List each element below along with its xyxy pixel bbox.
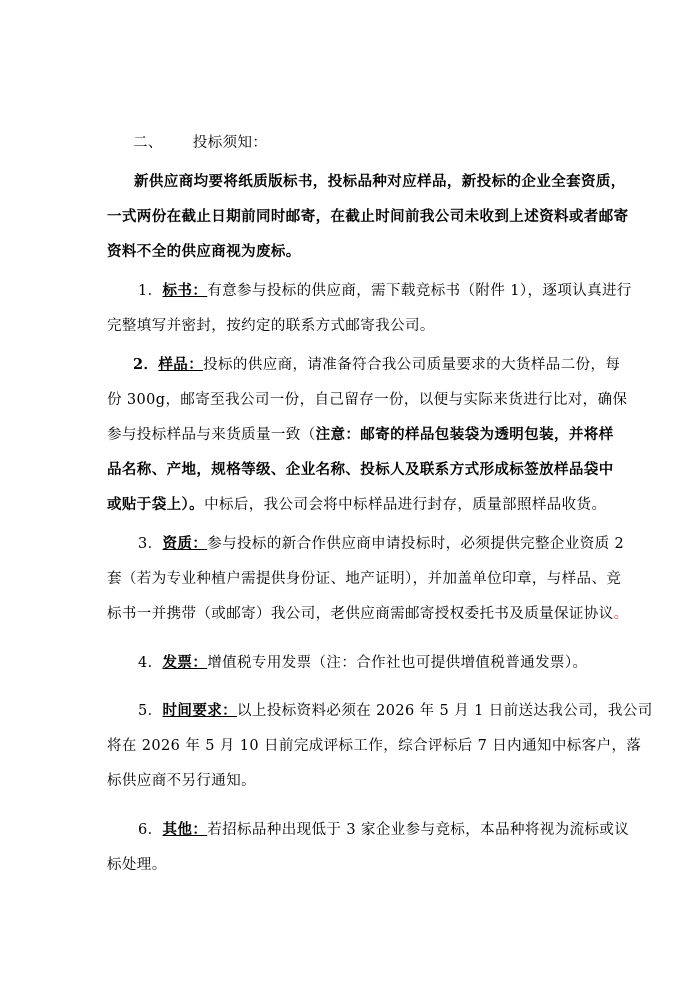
intro-line-1: 新供应商均要将纸质版标书，投标品种对应样品，新投标的企业全套资质，: [134, 170, 626, 191]
section-heading: 二、投标须知：: [133, 131, 267, 152]
item-text: 以上投标资料必须在 2026 年 5 月 1 日前送达我公司，我公司: [237, 703, 653, 719]
item-time-requirement-cont-2: 标供应商不另行通知。: [107, 769, 256, 790]
item-text: 若招标品种出现低于 3 家企业参与竞标，本品种将视为流标或议: [207, 822, 629, 838]
item-text: 参与投标的新合作供应商申请投标时，必须提供完整企业资质 2: [207, 536, 624, 552]
item-samples-cont-2: 参与投标样品与来货质量一致（注意：邮寄的样品包装袋为透明包装，并将样: [107, 423, 614, 444]
item-number: 4．: [138, 655, 163, 671]
item-label: 时间要求：: [163, 702, 238, 719]
item-other: 6．其他：若招标品种出现低于 3 家企业参与竞标，本品种将视为流标或议: [138, 818, 629, 839]
item-label: 标书：: [163, 282, 208, 299]
item-number: 5．: [138, 703, 163, 719]
intro-line-3: 资料不全的供应商视为废标。: [107, 240, 301, 261]
item-label: 发票：: [163, 654, 208, 671]
item-text: 增值税专用发票（注：合作社也可提供增值税普通发票）。: [207, 655, 587, 671]
item-number: 3．: [138, 536, 163, 552]
item-samples-cont-3: 品名称、产地，规格等级、企业名称、投标人及联系方式形成标签放样品袋中: [107, 458, 614, 479]
item-label: 样品：: [158, 356, 203, 373]
notice-text: 或贴于袋上）。: [107, 496, 204, 513]
item-text: 中标后，我公司会将中标样品进行封存，质量部照样品收货。: [204, 497, 606, 513]
item-text: 标书一并携带（或邮寄）我公司，老供应商需邮寄授权委托书及质量保证协议: [107, 606, 614, 622]
item-number: 1．: [138, 283, 163, 299]
item-samples-cont-1: 份 300g，邮寄至我公司一份，自己留存一份，以便与实际来货进行比对，确保: [107, 388, 627, 409]
item-time-requirement: 5．时间要求：以上投标资料必须在 2026 年 5 月 1 日前送达我公司，我公…: [138, 699, 653, 720]
item-text: 投标的供应商，请准备符合我公司质量要求的大货样品二份，每: [203, 357, 620, 373]
item-number: 2．: [133, 356, 158, 373]
section-title: 投标须知：: [193, 135, 268, 151]
item-text: 参与投标样品与来货质量一致（: [107, 427, 316, 443]
item-other-cont: 标处理。: [107, 853, 167, 874]
item-number: 6．: [138, 822, 163, 838]
item-bid-document-cont: 完整填写并密封，按约定的联系方式邮寄我公司。: [107, 314, 435, 335]
notice-text: 注意：邮寄的样品包装袋为透明包装，并将样: [316, 426, 614, 443]
section-number: 二、: [133, 135, 163, 151]
item-samples: 2．样品：投标的供应商，请准备符合我公司质量要求的大货样品二份，每: [133, 353, 620, 374]
intro-line-2: 一式两份在截止日期前同时邮寄，在截止时间前我公司未收到上述资料或者邮寄: [107, 205, 629, 226]
item-qualifications: 3．资质：参与投标的新合作供应商申请投标时，必须提供完整企业资质 2: [138, 532, 624, 553]
red-period: 。: [614, 606, 629, 622]
item-bid-document: 1．标书：有意参与投标的供应商，需下载竞标书（附件 1），逐项认真进行: [138, 279, 632, 300]
item-text: 有意参与投标的供应商，需下载竞标书（附件 1），逐项认真进行: [207, 283, 632, 299]
item-label: 其他：: [163, 821, 208, 838]
item-samples-cont-4: 或贴于袋上）。中标后，我公司会将中标样品进行封存，质量部照样品收货。: [107, 493, 606, 514]
item-qualifications-cont-1: 套（若为专业种植户需提供身份证、地产证明），并加盖单位印章，与样品、竞: [107, 567, 621, 588]
item-invoice: 4．发票：增值税专用发票（注：合作社也可提供增值税普通发票）。: [138, 651, 587, 672]
item-time-requirement-cont-1: 将在 2026 年 5 月 10 日前完成评标工作，综合评标后 7 日内通知中标…: [107, 734, 641, 755]
item-label: 资质：: [163, 535, 208, 552]
item-qualifications-cont-2: 标书一并携带（或邮寄）我公司，老供应商需邮寄授权委托书及质量保证协议。: [107, 602, 629, 623]
